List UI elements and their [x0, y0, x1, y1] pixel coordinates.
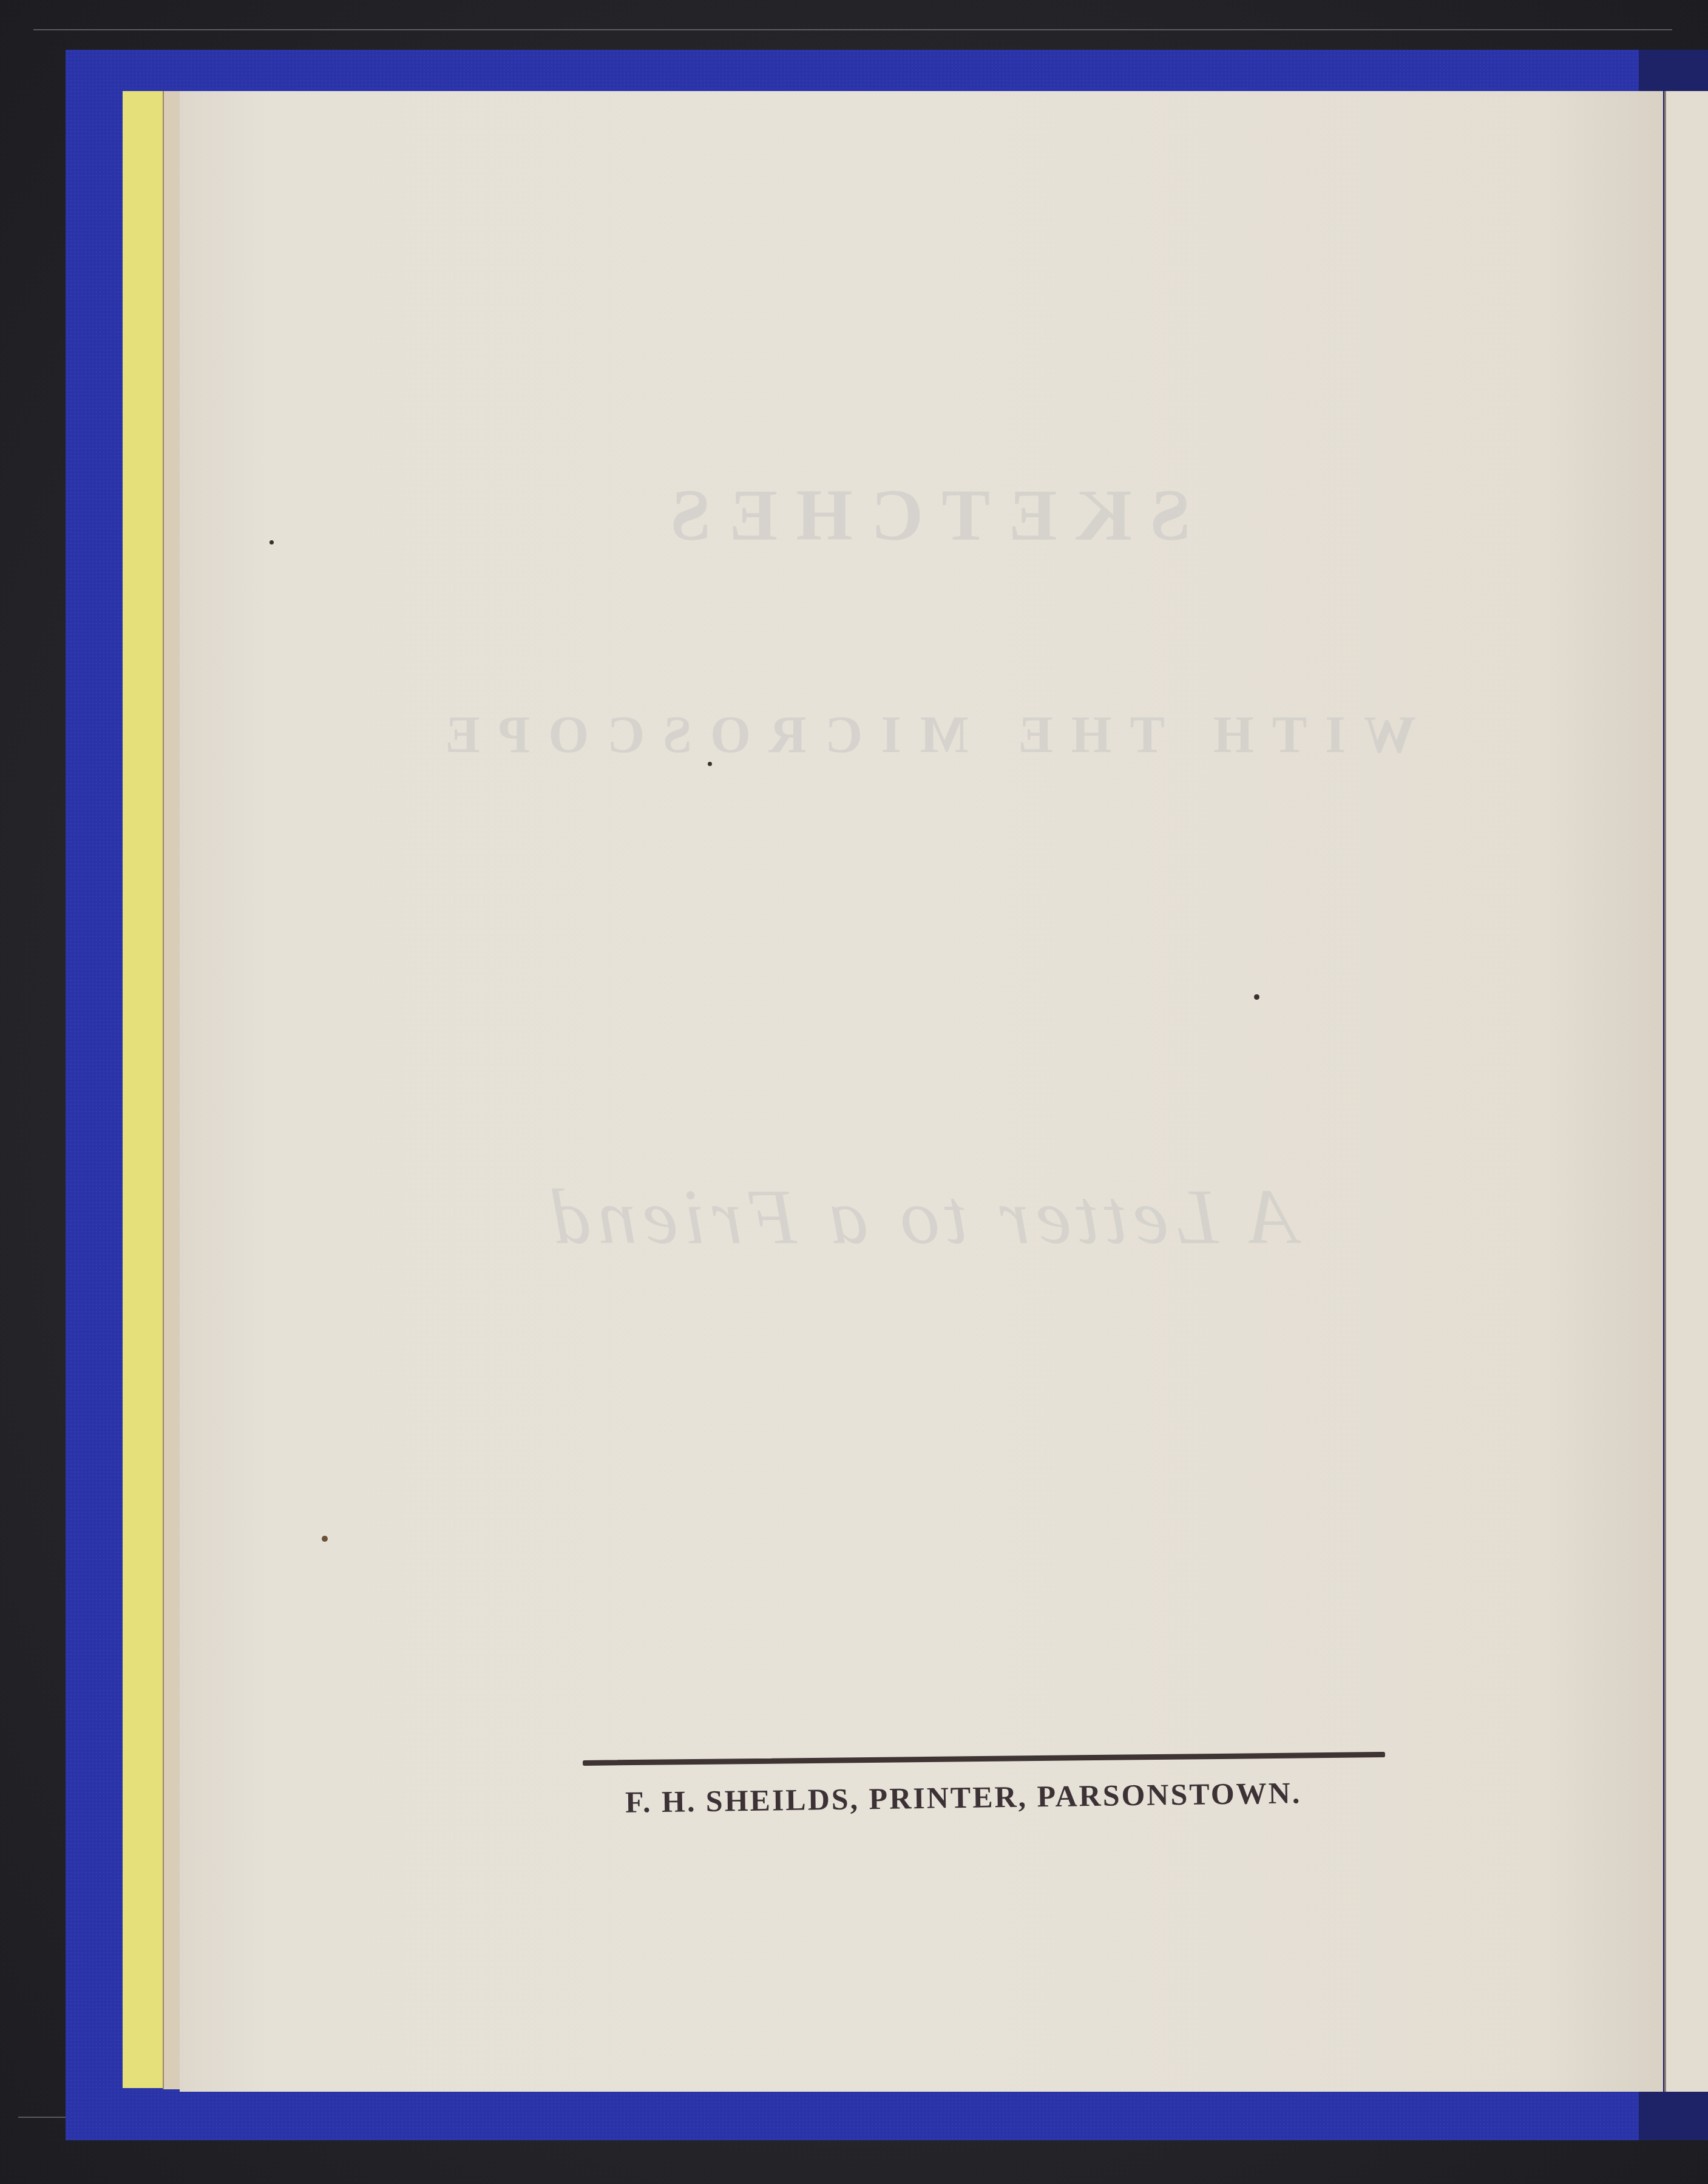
bleed-through-title: SKETCHES: [180, 473, 1663, 557]
paper-speck: [322, 1536, 328, 1542]
bleed-through-subtitle: WITH THE MICROSCOPE: [180, 704, 1663, 765]
paper-speck: [708, 762, 712, 766]
bleed-through-tagline: A Letter to a Friend: [180, 1172, 1663, 1263]
paper-speck: [269, 540, 274, 544]
facing-page-gutter: [1664, 91, 1708, 2092]
glass-reflection-top: [33, 29, 1672, 30]
paper-speck: [1254, 994, 1259, 1000]
